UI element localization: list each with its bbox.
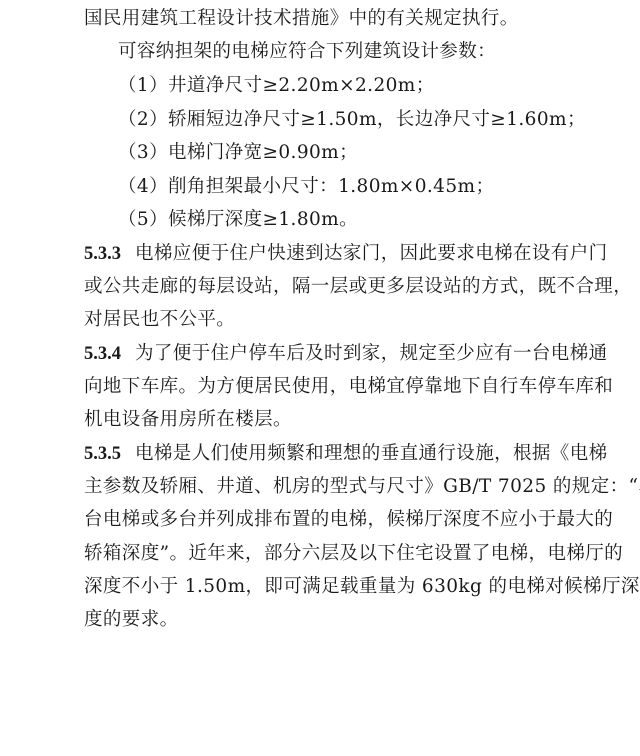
text-line: 主参数及轿厢、井道、机房的型式与尺寸》GB/T 7025 的规定：“单 — [84, 470, 564, 503]
text-line: 对居民也不公平。 — [84, 303, 564, 336]
clause-number: 5.3.4 — [84, 344, 121, 364]
text-line: 度的要求。 — [84, 603, 564, 636]
clause-5-3-3: 5.3.3电梯应便于住户快速到达家门，因此要求电梯在设有户门 — [84, 237, 564, 270]
clause-text: 为了便于住户停车后及时到家，规定至少应有一台电梯通 — [135, 343, 608, 364]
clause-number: 5.3.5 — [84, 444, 121, 464]
text-line: 向地下车库。为方便居民使用，电梯宜停靠地下自行车停车库和 — [84, 370, 564, 403]
list-item: （3）电梯门净宽≥0.90m； — [118, 136, 564, 169]
list-item: （5）候梯厅深度≥1.80m。 — [118, 203, 564, 236]
text-line: 可容纳担架的电梯应符合下列建筑设计参数： — [118, 35, 564, 68]
text-line: 深度不小于 1.50m，即可满足载重量为 630kg 的电梯对候梯厅深 — [84, 570, 564, 603]
document-page: 国民用建筑工程设计技术措施》中的有关规定执行。 可容纳担架的电梯应符合下列建筑设… — [0, 0, 640, 756]
text-line: 国民用建筑工程设计技术措施》中的有关规定执行。 — [84, 2, 564, 35]
text-line: 或公共走廊的每层设站，隔一层或更多层设站的方式，既不合理， — [84, 270, 564, 303]
clause-5-3-5: 5.3.5电梯是人们使用频繁和理想的垂直通行设施，根据《电梯 — [84, 437, 564, 470]
clause-number: 5.3.3 — [84, 244, 121, 264]
clause-text: 电梯应便于住户快速到达家门，因此要求电梯在设有户门 — [135, 243, 608, 264]
text-line: 台电梯或多台并列成排布置的电梯，候梯厅深度不应小于最大的 — [84, 503, 564, 536]
text-line: 机电设备用房所在楼层。 — [84, 403, 564, 436]
list-item: （4）削角担架最小尺寸：1.80m×0.45m； — [118, 170, 564, 203]
clause-5-3-4: 5.3.4为了便于住户停车后及时到家，规定至少应有一台电梯通 — [84, 337, 564, 370]
text-line: 轿箱深度”。近年来，部分六层及以下住宅设置了电梯，电梯厅的 — [84, 537, 564, 570]
list-item: （2）轿厢短边净尺寸≥1.50m，长边净尺寸≥1.60m； — [118, 103, 564, 136]
list-item: （1）井道净尺寸≥2.20m×2.20m； — [118, 69, 564, 102]
clause-text: 电梯是人们使用频繁和理想的垂直通行设施，根据《电梯 — [135, 443, 608, 464]
